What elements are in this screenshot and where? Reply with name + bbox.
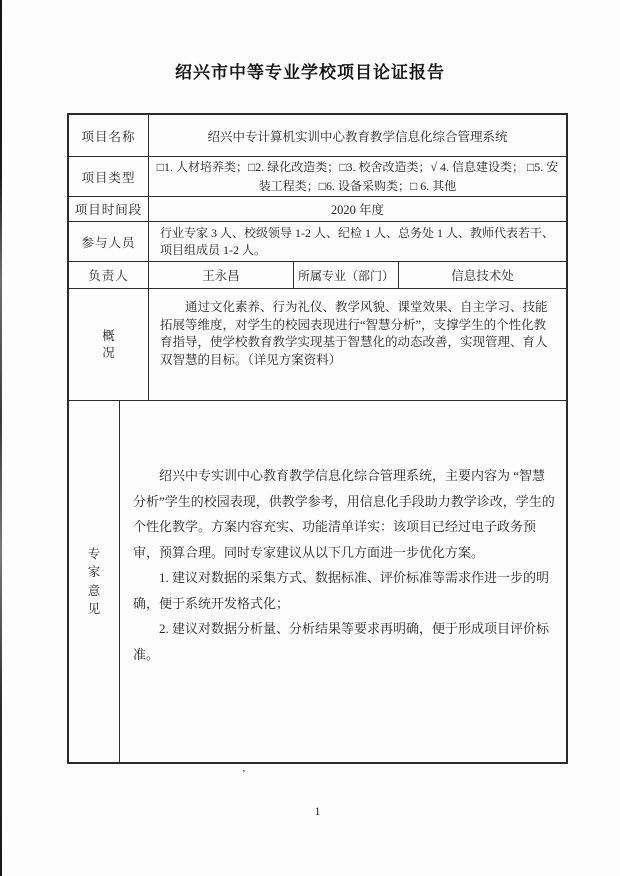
scanned-document-page: 绍兴市中等专业学校项目论证报告 项目名称 绍兴中专计算机实训中心教育教学信息化综… bbox=[0, 0, 620, 876]
page-number: 1 bbox=[67, 806, 568, 818]
project-type-label: 项目类型 bbox=[69, 157, 148, 196]
participants-value-cell: 行业专家 3 人、校级领导 1-2 人、纪检 1 人、总务处 1 人、教师代表若… bbox=[148, 222, 566, 261]
participants-value: 行业专家 3 人、校级领导 1-2 人、纪检 1 人、总务处 1 人、教师代表若… bbox=[149, 222, 566, 261]
expert-opinion-label: 专家意见 bbox=[87, 545, 101, 618]
scan-speck-artifact: ’ bbox=[242, 768, 246, 780]
expert-opinion-value-cell: 绍兴中专实训中心教育教学信息化综合管理系统，主要内容为 “智慧分析”学生的校园表… bbox=[119, 401, 566, 762]
row-expert-opinion: 专家意见 绍兴中专实训中心教育教学信息化综合管理系统，主要内容为 “智慧分析”学… bbox=[69, 400, 566, 762]
leader-name: 王永昌 bbox=[148, 262, 293, 288]
project-period-value: 2020 年度 bbox=[148, 197, 566, 221]
project-type-checkbox-text: □1. 人材培养类；□2. 绿化改造类；□3. 校舍改造类；√ 4. 信息建设类… bbox=[149, 157, 566, 196]
expert-opinion-label-cell: 专家意见 bbox=[69, 401, 119, 762]
project-name-label: 项目名称 bbox=[69, 115, 148, 156]
row-project-type: 项目类型 □1. 人材培养类；□2. 绿化改造类；□3. 校舍改造类；√ 4. … bbox=[69, 156, 566, 196]
expert-opinion-paragraph-1: 绍兴中专实训中心教育教学信息化综合管理系统，主要内容为 “智慧分析”学生的校园表… bbox=[133, 463, 558, 565]
row-leader: 负责人 王永昌 所属专业（部门） 信息技术处 bbox=[69, 261, 566, 288]
leader-label: 负责人 bbox=[69, 262, 148, 288]
row-project-name: 项目名称 绍兴中专计算机实训中心教育教学信息化综合管理系统 bbox=[69, 115, 566, 156]
project-period-label: 项目时间段 bbox=[69, 197, 148, 221]
row-overview: 概况 通过文化素养、行为礼仪、教学风貌、课堂效果、自主学习、技能拓展等维度，对学… bbox=[69, 288, 566, 400]
expert-opinion-paragraph-3: 2. 建议对数据分析量、分析结果等要求再明确，便于形成项目评价标准。 bbox=[133, 616, 558, 667]
document-title: 绍兴市中等专业学校项目论证报告 bbox=[0, 58, 620, 83]
overview-value: 通过文化素养、行为礼仪、教学风貌、课堂效果、自主学习、技能拓展等维度，对学生的校… bbox=[149, 289, 566, 369]
overview-label: 概况 bbox=[102, 328, 116, 362]
leader-dept-value: 信息技术处 bbox=[398, 262, 566, 288]
row-project-period: 项目时间段 2020 年度 bbox=[69, 196, 566, 221]
project-report-table: 项目名称 绍兴中专计算机实训中心教育教学信息化综合管理系统 项目类型 □1. 人… bbox=[67, 113, 568, 764]
participants-label: 参与人员 bbox=[69, 222, 148, 261]
row-participants: 参与人员 行业专家 3 人、校级领导 1-2 人、纪检 1 人、总务处 1 人、… bbox=[69, 221, 566, 261]
project-name-value: 绍兴中专计算机实训中心教育教学信息化综合管理系统 bbox=[148, 115, 566, 156]
scan-edge-artifact bbox=[0, 0, 2, 876]
overview-label-cell: 概况 bbox=[69, 289, 148, 400]
overview-value-cell: 通过文化素养、行为礼仪、教学风貌、课堂效果、自主学习、技能拓展等维度，对学生的校… bbox=[148, 289, 566, 400]
expert-opinion-paragraph-2: 1. 建议对数据的采集方式、数据标准、评价标准等需求作进一步的明确，便于系统开发… bbox=[133, 565, 558, 616]
leader-dept-label: 所属专业（部门） bbox=[293, 262, 398, 288]
project-type-options: □1. 人材培养类；□2. 绿化改造类；□3. 校舍改造类；√ 4. 信息建设类… bbox=[148, 157, 566, 196]
